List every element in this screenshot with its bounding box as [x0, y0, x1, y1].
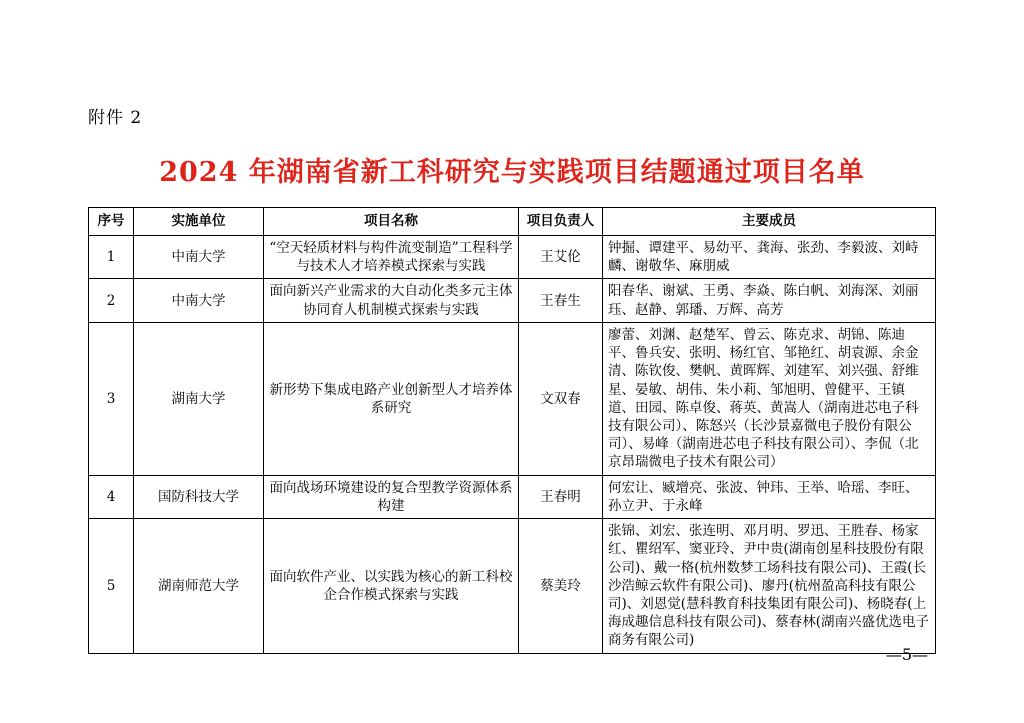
- table-header-row: 序号 实施单位 项目名称 项目负责人 主要成员: [89, 208, 936, 236]
- projects-table: 序号 实施单位 项目名称 项目负责人 主要成员 1 中南大学 “空天轻质材料与构…: [88, 207, 936, 654]
- cell-index: 1: [89, 236, 134, 279]
- cell-project: “空天轻质材料与构件流变制造”工程科学与技术人才培养模式探索与实践: [264, 236, 519, 279]
- cell-index: 5: [89, 519, 134, 654]
- page-number: —5—: [886, 645, 928, 664]
- cell-index: 4: [89, 475, 134, 518]
- cell-members: 何宏让、臧增亮、张波、钟玮、王举、哈瑶、李旺、孙立尹、于永峰: [603, 475, 936, 518]
- table-row: 2 中南大学 面向新兴产业需求的大自动化类多元主体协同育人机制模式探索与实践 王…: [89, 279, 936, 322]
- cell-project: 面向软件产业、以实践为核心的新工科校企合作模式探索与实践: [264, 519, 519, 654]
- cell-members: 钟掘、谭建平、易幼平、龚海、张劲、李毅波、刘峙麟、谢敬华、麻朋威: [603, 236, 936, 279]
- cell-project: 面向新兴产业需求的大自动化类多元主体协同育人机制模式探索与实践: [264, 279, 519, 322]
- table-row: 5 湖南师范大学 面向软件产业、以实践为核心的新工科校企合作模式探索与实践 蔡美…: [89, 519, 936, 654]
- cell-leader: 王艾伦: [519, 236, 603, 279]
- cell-leader: 王春明: [519, 475, 603, 518]
- cell-unit: 中南大学: [134, 279, 264, 322]
- page-title: 2024 年湖南省新工科研究与实践项目结题通过项目名单: [0, 150, 1024, 189]
- cell-leader: 王春生: [519, 279, 603, 322]
- header-index: 序号: [89, 208, 134, 236]
- header-project: 项目名称: [264, 208, 519, 236]
- cell-leader: 文双春: [519, 322, 603, 475]
- cell-index: 3: [89, 322, 134, 475]
- cell-index: 2: [89, 279, 134, 322]
- cell-leader: 蔡美玲: [519, 519, 603, 654]
- cell-members: 张锦、刘宏、张连明、邓月明、罗迅、王胜春、杨家红、瞿绍军、窦亚玲、尹中贵(湖南创…: [603, 519, 936, 654]
- cell-members: 阳春华、谢斌、王勇、李焱、陈白帆、刘海深、刘丽珏、赵静、郭璠、万辉、高芳: [603, 279, 936, 322]
- table-row: 4 国防科技大学 面向战场环境建设的复合型教学资源体系构建 王春明 何宏让、臧增…: [89, 475, 936, 518]
- header-unit: 实施单位: [134, 208, 264, 236]
- cell-project: 新形势下集成电路产业创新型人才培养体系研究: [264, 322, 519, 475]
- cell-unit: 中南大学: [134, 236, 264, 279]
- header-members: 主要成员: [603, 208, 936, 236]
- attachment-label: 附件 2: [88, 103, 142, 128]
- cell-project: 面向战场环境建设的复合型教学资源体系构建: [264, 475, 519, 518]
- header-leader: 项目负责人: [519, 208, 603, 236]
- table-row: 3 湖南大学 新形势下集成电路产业创新型人才培养体系研究 文双春 廖蕾、刘渊、赵…: [89, 322, 936, 475]
- cell-unit: 国防科技大学: [134, 475, 264, 518]
- cell-members: 廖蕾、刘渊、赵楚军、曾云、陈克求、胡锦、陈迪平、鲁兵安、张明、杨红官、邹艳红、胡…: [603, 322, 936, 475]
- table-row: 1 中南大学 “空天轻质材料与构件流变制造”工程科学与技术人才培养模式探索与实践…: [89, 236, 936, 279]
- cell-unit: 湖南师范大学: [134, 519, 264, 654]
- cell-unit: 湖南大学: [134, 322, 264, 475]
- document-page: 附件 2 2024 年湖南省新工科研究与实践项目结题通过项目名单 序号 实施单位…: [0, 0, 1024, 723]
